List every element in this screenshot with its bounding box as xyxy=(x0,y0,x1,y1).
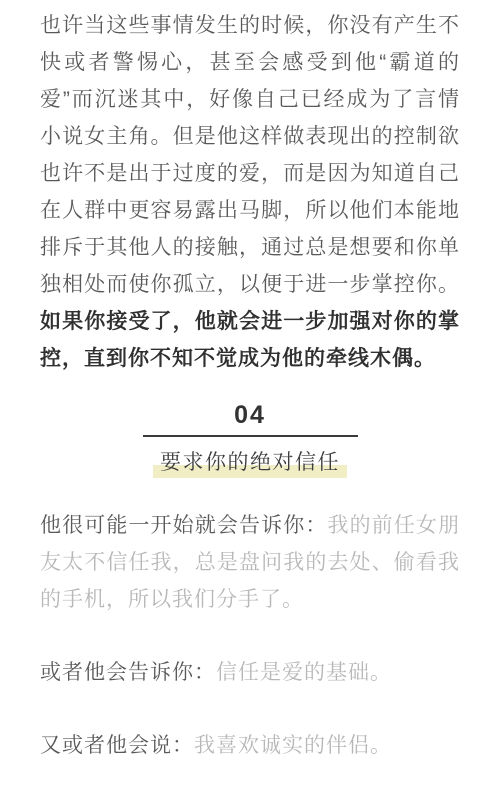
paragraph-intro-text: 也许当这些事情发生的时候，你没有产生不快或者警惕心，甚至会感受到他“霸道的爱”而… xyxy=(40,14,460,296)
paragraph-example-2-lead: 或者他会告诉你： xyxy=(40,661,216,684)
paragraph-example-3-quote: 我喜欢诚实的伴侣。 xyxy=(194,734,392,757)
article-page: 也许当这些事情发生的时候，你没有产生不快或者警惕心，甚至会感受到他“霸道的爱”而… xyxy=(0,0,500,788)
paragraph-example-1: 他很可能一开始就会告诉你：我的前任女朋友太不信任我，总是盘问我的去处、偷看我的手… xyxy=(40,507,460,618)
section-subtitle: 要求你的绝对信任 xyxy=(40,449,460,477)
paragraph-intro-bold-text: 如果你接受了，他就会进一步加强对你的掌控，直到你不知不觉成为他的牵线木偶。 xyxy=(40,310,460,370)
section-number: 04 xyxy=(40,403,460,428)
paragraph-intro: 也许当这些事情发生的时候，你没有产生不快或者警惕心，甚至会感受到他“霸道的爱”而… xyxy=(40,7,460,377)
section-subtitle-text: 要求你的绝对信任 xyxy=(153,451,347,478)
paragraph-example-1-lead: 他很可能一开始就会告诉你： xyxy=(40,514,327,537)
section-divider xyxy=(143,435,358,437)
section-header: 04 要求你的绝对信任 xyxy=(40,403,460,477)
paragraph-example-2: 或者他会告诉你：信任是爱的基础。 xyxy=(40,654,460,691)
paragraph-example-2-quote: 信任是爱的基础。 xyxy=(216,661,392,684)
paragraph-example-3-lead: 又或者他会说： xyxy=(40,734,194,757)
paragraph-example-3: 又或者他会说：我喜欢诚实的伴侣。 xyxy=(40,727,460,764)
